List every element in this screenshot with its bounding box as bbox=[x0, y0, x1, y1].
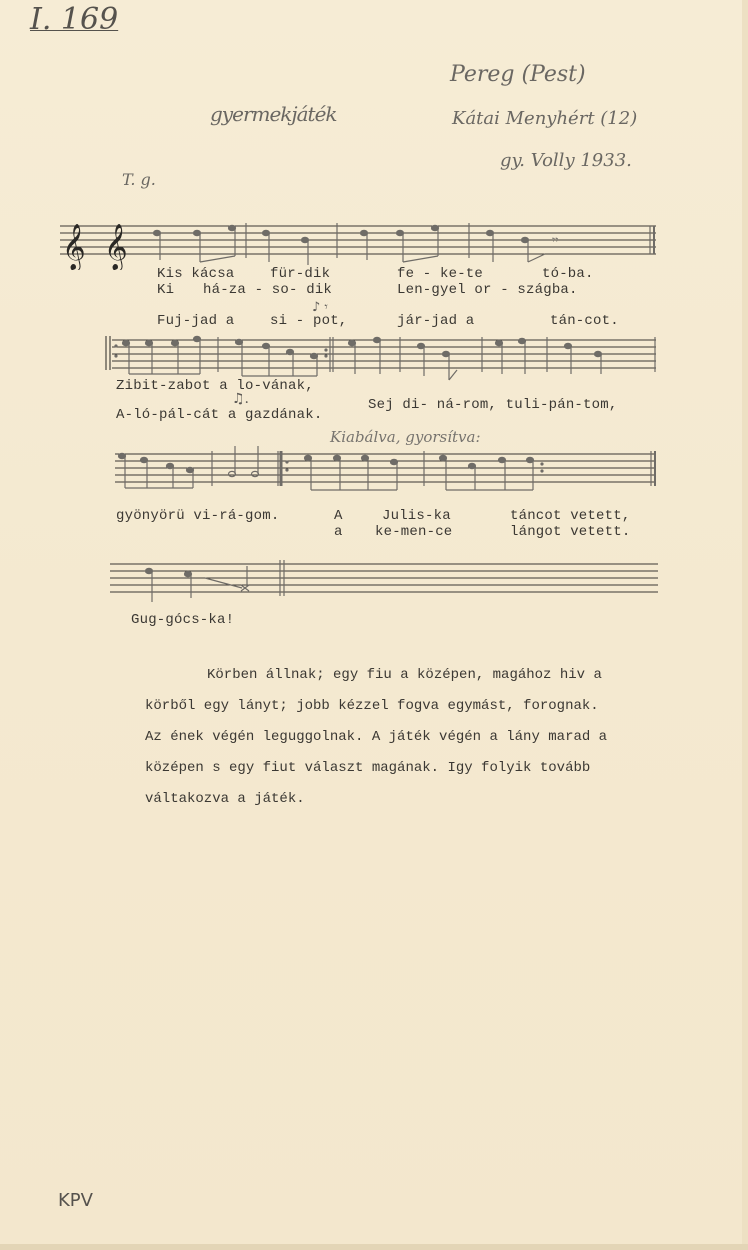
lyric-s1-l3-d: tán-cot. bbox=[550, 313, 619, 329]
rhythm-note-2: ♫. bbox=[232, 391, 249, 407]
location: Pereg (Pest) bbox=[450, 62, 586, 87]
lyric-s1-l1-b: für-dik bbox=[270, 266, 330, 282]
lyric-s4: Gug-gócs-ka! bbox=[131, 612, 234, 628]
lyric-s1-l1-c: fe - ke-te bbox=[397, 266, 483, 282]
lyric-s2-right: Sej di- ná-rom, tuli-pán-tom, bbox=[368, 397, 617, 413]
page-edge bbox=[742, 0, 748, 1250]
tempo-mark: T. g. bbox=[122, 170, 156, 189]
description-line: váltakozva a játék. bbox=[145, 784, 705, 815]
description-line: Körben állnak; egy fiu a középen, magáho… bbox=[207, 660, 748, 691]
game-description: Körben állnak; egy fiu a középen, magáho… bbox=[145, 660, 705, 815]
singer: Kátai Menyhért (12) bbox=[452, 108, 637, 129]
performance-annotation: Kiabálva, gyorsítva: bbox=[330, 428, 481, 446]
archive-stamp: KPV bbox=[58, 1190, 93, 1211]
collector-year: gy. Volly 1933. bbox=[500, 150, 632, 171]
lyric-s1-l2-a: Ki bbox=[157, 282, 174, 298]
svg-text:𝄞: 𝄞 bbox=[104, 224, 128, 270]
music-staff-1: 𝄞 𝄞 𝄾𝄾 bbox=[60, 220, 660, 270]
description-line: körből egy lányt; jobb kézzel fogva egym… bbox=[145, 691, 705, 722]
lyric-s3-right1: táncot vetett, bbox=[510, 508, 630, 524]
lyric-s1-l1-d: tó-ba. bbox=[542, 266, 594, 282]
lyric-s3-mid1: Julis-ka bbox=[382, 508, 451, 524]
lyric-s1-l2-b: há-za - so- dik bbox=[203, 282, 332, 298]
lyric-s2-l2: A-ló-pál-cát a gazdának. bbox=[116, 407, 322, 423]
catalog-number: I. 169 bbox=[30, 2, 118, 37]
genre-note: gyermekjáték bbox=[210, 102, 337, 126]
lyric-s3-a2: a bbox=[334, 524, 343, 540]
description-line: Az ének végén leguggolnak. A játék végén… bbox=[145, 722, 705, 753]
lyric-s3-mid2: ke-men-ce bbox=[375, 524, 452, 540]
lyric-s1-l1-a: Kis kácsa bbox=[157, 266, 234, 282]
description-line: középen s egy fiut választ magának. Igy … bbox=[145, 753, 705, 784]
lyric-s1-l3-c: jár-jad a bbox=[397, 313, 474, 329]
page-bottom-edge bbox=[0, 1244, 748, 1250]
lyric-s3-right2: lángot vetett. bbox=[510, 524, 630, 540]
lyric-s1-l2-c: Len-gyel or - szágba. bbox=[397, 282, 578, 298]
treble-clef-icon: 𝄞 bbox=[62, 224, 86, 270]
lyric-s1-l3-b: si - pot, bbox=[270, 313, 347, 329]
lyric-s3-left: gyönyörü vi-rá-gom. bbox=[116, 508, 279, 524]
lyric-s1-l3-a: Fuj-jad a bbox=[157, 313, 234, 329]
svg-text:𝄾𝄾: 𝄾𝄾 bbox=[552, 234, 558, 248]
music-staff-3 bbox=[110, 446, 660, 496]
lyric-s3-a1: A bbox=[334, 508, 343, 524]
music-staff-2 bbox=[104, 334, 660, 384]
lyric-s2-l1: Zibit-zabot a lo-vának, bbox=[116, 378, 314, 394]
music-staff-4 bbox=[110, 558, 660, 603]
manuscript-page: I. 169 gyermekjáték T. g. Pereg (Pest) K… bbox=[0, 0, 742, 1250]
